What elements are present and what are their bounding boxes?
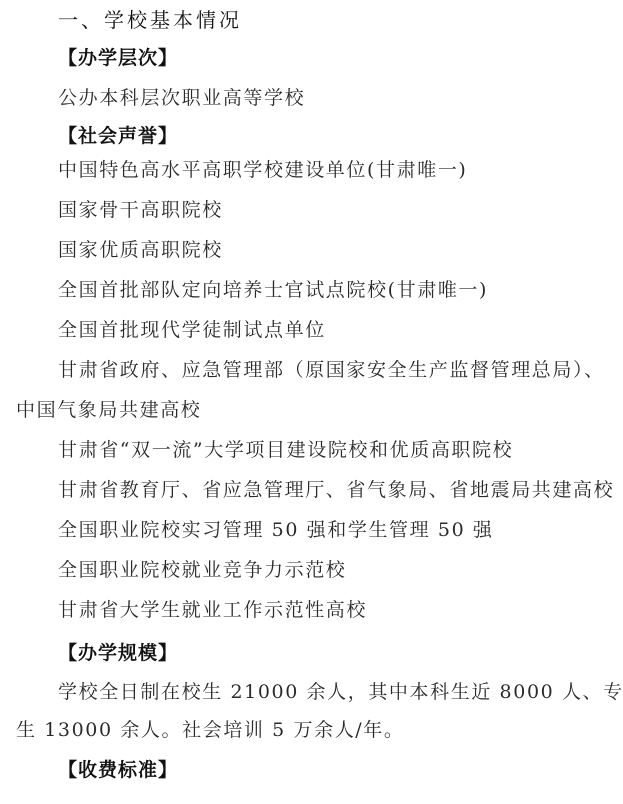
section-title: 一、学校基本情况 [58, 8, 242, 32]
reputation-item: 甘肃省“双一流”大学项目建设院校和优质高职院校 [58, 438, 513, 462]
reputation-item: 全国职业院校实习管理 50 强和学生管理 50 强 [58, 518, 494, 542]
heading-school-scale: 【办学规模】 [58, 641, 178, 665]
school-scale-text: 学校全日制在校生 21000 余人，其中本科生近 8000 人、专科 [58, 680, 623, 704]
reputation-item: 全国首批现代学徒制试点单位 [58, 318, 326, 342]
reputation-item: 国家优质高职院校 [58, 238, 223, 262]
reputation-item: 甘肃省大学生就业工作示范性高校 [58, 598, 367, 622]
heading-school-level: 【办学层次】 [58, 46, 178, 70]
reputation-item: 全国首批部队定向培养士官试点院校(甘肃唯一) [58, 278, 488, 302]
reputation-item: 全国职业院校就业竞争力示范校 [58, 558, 346, 582]
reputation-item: 国家骨干高职院校 [58, 198, 223, 222]
school-scale-text-continued: 生 13000 余人。社会培训 5 万余人/年。 [16, 718, 405, 742]
reputation-item: 甘肃省教育厅、省应急管理厅、省气象局、省地震局共建高校 [58, 478, 614, 502]
reputation-item: 甘肃省政府、应急管理部（原国家安全生产监督管理总局）、 [58, 358, 605, 382]
reputation-item-continued: 中国气象局共建高校 [16, 398, 201, 422]
heading-fee-standard: 【收费标准】 [58, 758, 178, 782]
heading-reputation: 【社会声誉】 [58, 124, 178, 148]
reputation-item: 中国特色高水平高职学校建设单位(甘肃唯一) [58, 158, 467, 182]
school-level-text: 公办本科层次职业高等学校 [58, 86, 305, 110]
